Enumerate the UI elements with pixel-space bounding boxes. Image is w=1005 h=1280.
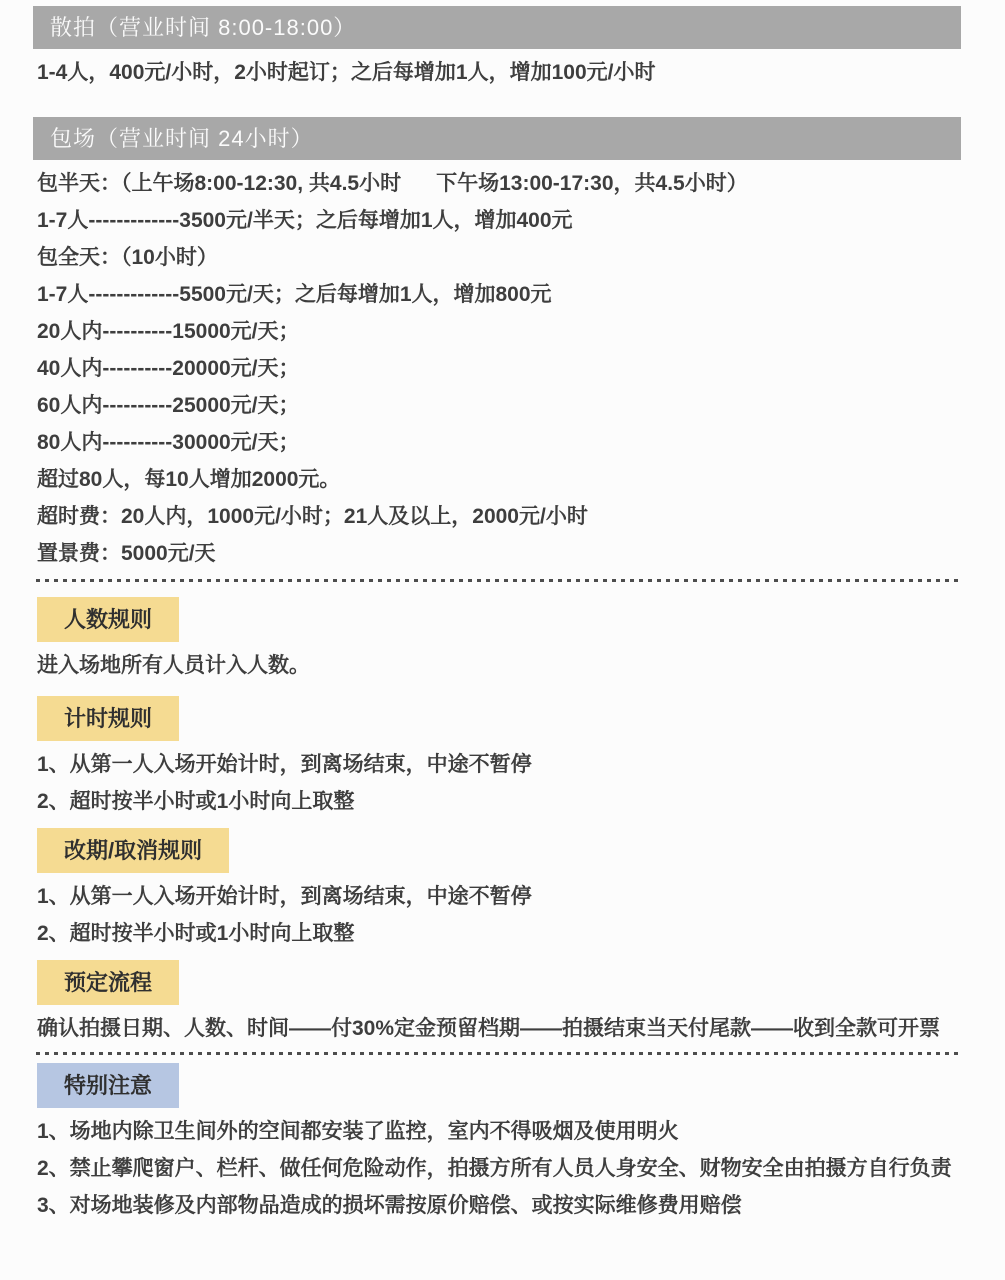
timing-rules-line-2: 2、超时按半小时或1小时向上取整 [37, 789, 963, 815]
section-header-walkin: 散拍（营业时间 8:00-18:00） [33, 6, 961, 49]
special-notice-line-2: 2、禁止攀爬窗户、栏杆、做任何危险动作，拍摄方所有人员人身安全、财物安全由拍摄方… [37, 1156, 963, 1182]
badge-people-rules: 人数规则 [37, 597, 179, 642]
reschedule-rules-line-2: 2、超时按半小时或1小时向上取整 [37, 921, 963, 947]
timing-rules-line-1: 1、从第一人入场开始计时，到离场结束，中途不暂停 [37, 752, 963, 778]
full-day-price: 1-7人-------------5500元/天；之后每增加1人，增加800元 [37, 282, 963, 308]
section-header-walkin-label: 散拍（营业时间 8:00-18:00） [50, 15, 356, 40]
tier-20-line: 20人内----------15000元/天； [37, 319, 963, 345]
half-day-price: 1-7人-------------3500元/半天；之后每增加1人，增加400元 [37, 208, 963, 234]
tier-80-line: 80人内----------30000元/天； [37, 430, 963, 456]
badge-reschedule-rules: 改期/取消规则 [37, 828, 229, 873]
tier-40-line: 40人内----------20000元/天； [37, 356, 963, 382]
special-notice-line-3: 3、对场地装修及内部物品造成的损坏需按原价赔偿、或按实际维修费用赔偿 [37, 1193, 963, 1219]
badge-timing-rules: 计时规则 [37, 696, 179, 741]
over-80-line: 超过80人，每10人增加2000元。 [37, 467, 963, 493]
overtime-fee-line: 超时费：20人内，1000元/小时；21人及以上，2000元/小时 [37, 504, 963, 530]
pricing-document: 散拍（营业时间 8:00-18:00） 1-4人，400元/小时，2小时起订；之… [0, 0, 1005, 1280]
half-day-title: 包半天：（上午场8:00-12:30, 共4.5小时 下午场13:00-17:3… [37, 171, 963, 197]
badge-booking-process: 预定流程 [37, 960, 179, 1005]
badge-special-notice: 特别注意 [37, 1063, 179, 1108]
tier-60-line: 60人内----------25000元/天； [37, 393, 963, 419]
section-header-exclusive: 包场（营业时间 24小时） [33, 117, 961, 160]
booking-process-line: 确认拍摄日期、人数、时间——付30%定金预留档期——拍摄结束当天付尾款——收到全… [37, 1016, 963, 1042]
full-day-title: 包全天：（10小时） [37, 245, 963, 271]
reschedule-rules-line-1: 1、从第一人入场开始计时，到离场结束，中途不暂停 [37, 884, 963, 910]
people-rules-line: 进入场地所有人员计入人数。 [37, 653, 963, 679]
scenery-fee-line: 置景费：5000元/天 [37, 541, 963, 567]
walkin-price-line: 1-4人，400元/小时，2小时起订；之后每增加1人，增加100元/小时 [37, 60, 963, 86]
section-header-exclusive-label: 包场（营业时间 24小时） [50, 126, 314, 151]
special-notice-line-1: 1、场地内除卫生间外的空间都安装了监控，室内不得吸烟及使用明火 [37, 1119, 963, 1145]
